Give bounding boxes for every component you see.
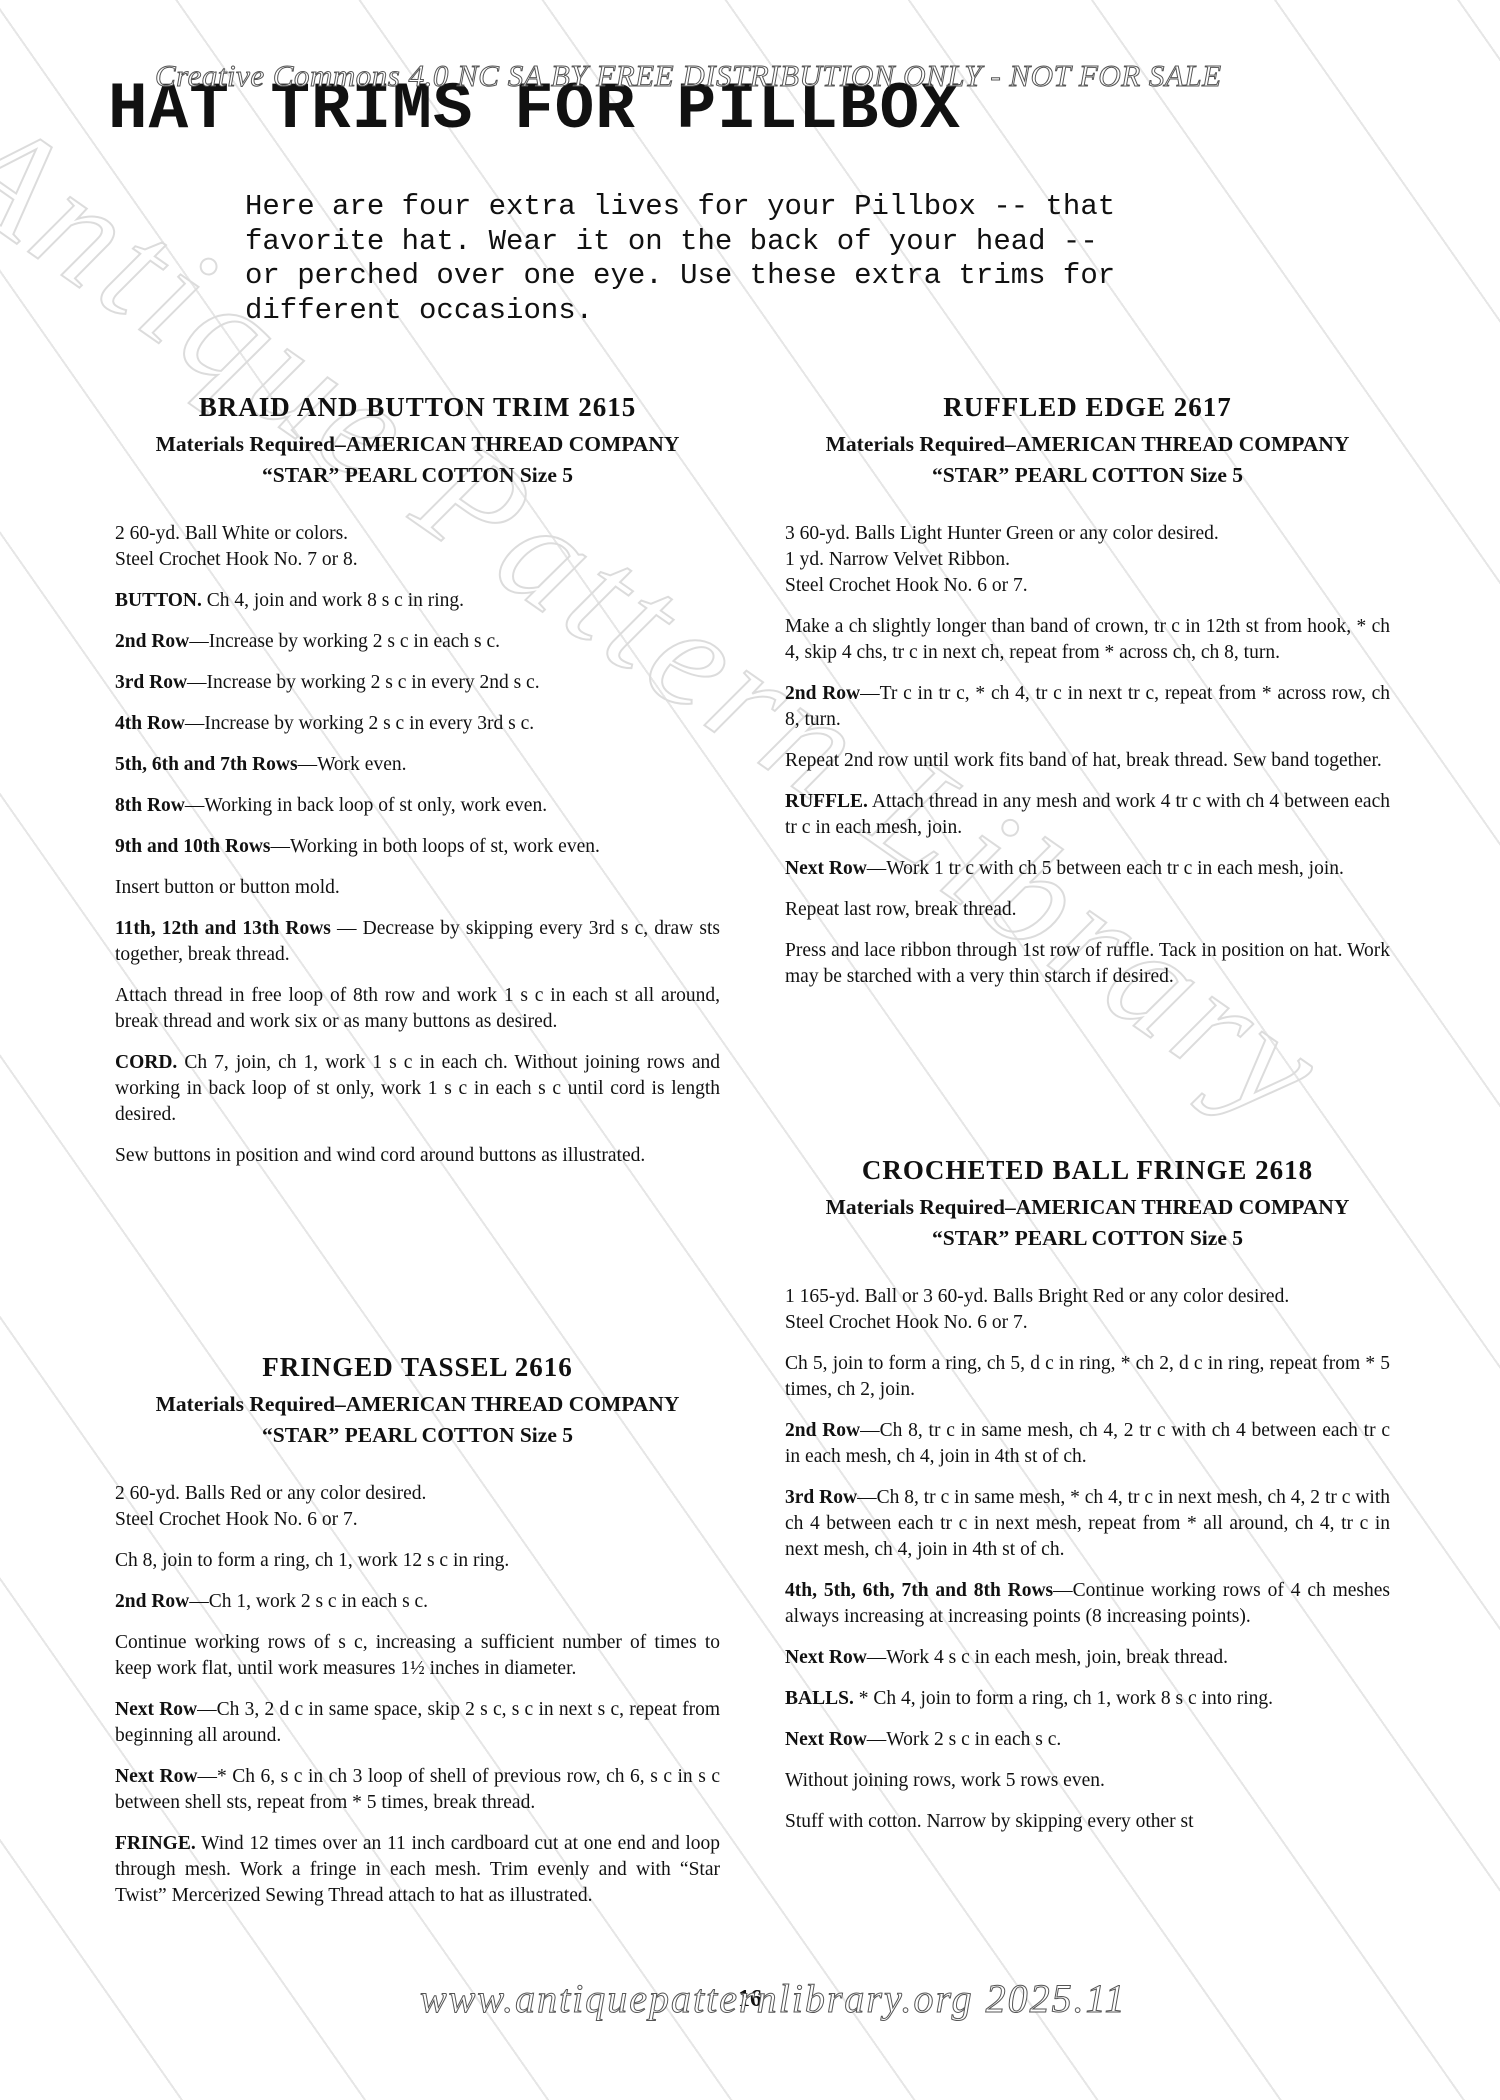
step-label: 3rd Row <box>115 672 187 693</box>
step-label: 5th, 6th and 7th Rows <box>115 754 298 775</box>
instructions: 2 60-yd. Ball White or colors.Steel Croc… <box>115 521 720 1169</box>
step-label: FRINGE. <box>115 1833 196 1854</box>
instruction-paragraph: 2 60-yd. Ball White or colors. <box>115 521 720 547</box>
instruction-paragraph: Steel Crochet Hook No. 6 or 7. <box>785 1310 1390 1336</box>
materials-required: Materials Required–AMERICAN THREAD COMPA… <box>115 429 720 491</box>
materials-required: Materials Required–AMERICAN THREAD COMPA… <box>785 1192 1390 1254</box>
section-title: BRAID AND BUTTON TRIM 2615 <box>115 392 720 423</box>
step-label: Next Row <box>785 1729 867 1750</box>
step-label: 2nd Row <box>115 631 189 652</box>
instruction-paragraph: 2nd Row—Tr c in tr c, * ch 4, tr c in ne… <box>785 681 1390 733</box>
instruction-paragraph: 4th, 5th, 6th, 7th and 8th Rows—Continue… <box>785 1578 1390 1630</box>
instruction-paragraph: Next Row—Work 2 s c in each s c. <box>785 1727 1390 1753</box>
instruction-paragraph: Next Row—* Ch 6, s c in ch 3 loop of she… <box>115 1764 720 1816</box>
instruction-paragraph: RUFFLE. Attach thread in any mesh and wo… <box>785 789 1390 841</box>
instructions: 2 60-yd. Balls Red or any color desired.… <box>115 1481 720 1909</box>
materials-line: “STAR” PEARL COTTON Size 5 <box>785 1223 1390 1254</box>
materials-line: “STAR” PEARL COTTON Size 5 <box>115 1420 720 1451</box>
instruction-paragraph: Steel Crochet Hook No. 6 or 7. <box>785 573 1390 599</box>
instruction-paragraph: 3rd Row—Increase by working 2 s c in eve… <box>115 670 720 696</box>
step-label: BUTTON. <box>115 590 202 611</box>
instruction-paragraph: 2nd Row—Increase by working 2 s c in eac… <box>115 629 720 655</box>
step-label: 4th, 5th, 6th, 7th and 8th Rows <box>785 1580 1053 1601</box>
section-crocheted-ball-fringe: CROCHETED BALL FRINGE 2618 Materials Req… <box>785 1155 1390 1850</box>
materials-line: Materials Required–AMERICAN THREAD COMPA… <box>115 429 720 460</box>
instruction-paragraph: Next Row—Work 1 tr c with ch 5 between e… <box>785 856 1390 882</box>
step-label: 11th, 12th and 13th Rows <box>115 918 331 939</box>
instruction-paragraph: 3rd Row—Ch 8, tr c in same mesh, * ch 4,… <box>785 1485 1390 1563</box>
instruction-paragraph: CORD. Ch 7, join, ch 1, work 1 s c in ea… <box>115 1050 720 1128</box>
instruction-paragraph: 9th and 10th Rows—Working in both loops … <box>115 834 720 860</box>
materials-required: Materials Required–AMERICAN THREAD COMPA… <box>115 1389 720 1451</box>
step-label: 4th Row <box>115 713 185 734</box>
website-watermark: www.antiquepatternlibrary.org 2025.11 <box>420 1975 1127 2022</box>
instruction-paragraph: Press and lace ribbon through 1st row of… <box>785 938 1390 990</box>
section-ruffled-edge: RUFFLED EDGE 2617 Materials Required–AME… <box>785 392 1390 1005</box>
instruction-paragraph: Without joining rows, work 5 rows even. <box>785 1768 1390 1794</box>
instruction-paragraph: Attach thread in free loop of 8th row an… <box>115 983 720 1035</box>
section-title: FRINGED TASSEL 2616 <box>115 1352 720 1383</box>
step-label: Next Row <box>785 1647 867 1668</box>
intro-text: Here are four extra lives for your Pillb… <box>245 190 1245 328</box>
section-fringed-tassel: FRINGED TASSEL 2616 Materials Required–A… <box>115 1352 720 1924</box>
instruction-paragraph: BUTTON. Ch 4, join and work 8 s c in rin… <box>115 588 720 614</box>
section-title: CROCHETED BALL FRINGE 2618 <box>785 1155 1390 1186</box>
instruction-paragraph: Continue working rows of s c, increasing… <box>115 1630 720 1682</box>
instruction-paragraph: 2nd Row—Ch 1, work 2 s c in each s c. <box>115 1589 720 1615</box>
instruction-paragraph: 1 yd. Narrow Velvet Ribbon. <box>785 547 1390 573</box>
materials-line: Materials Required–AMERICAN THREAD COMPA… <box>785 429 1390 460</box>
instruction-paragraph: 4th Row—Increase by working 2 s c in eve… <box>115 711 720 737</box>
instruction-paragraph: Steel Crochet Hook No. 6 or 7. <box>115 1507 720 1533</box>
step-label: CORD. <box>115 1052 177 1073</box>
step-label: Next Row <box>785 858 867 879</box>
step-label: 2nd Row <box>115 1591 189 1612</box>
materials-line: “STAR” PEARL COTTON Size 5 <box>115 460 720 491</box>
instruction-paragraph: 2 60-yd. Balls Red or any color desired. <box>115 1481 720 1507</box>
instruction-paragraph: 2nd Row—Ch 8, tr c in same mesh, ch 4, 2… <box>785 1418 1390 1470</box>
step-label: 2nd Row <box>785 683 860 704</box>
license-watermark: Creative Commons 4.0 NC SA BY FREE DISTR… <box>155 58 1222 94</box>
instruction-paragraph: Next Row—Ch 3, 2 d c in same space, skip… <box>115 1697 720 1749</box>
step-label: BALLS. <box>785 1688 854 1709</box>
step-label: 3rd Row <box>785 1487 857 1508</box>
instruction-paragraph: 3 60-yd. Balls Light Hunter Green or any… <box>785 521 1390 547</box>
instruction-paragraph: 5th, 6th and 7th Rows—Work even. <box>115 752 720 778</box>
materials-required: Materials Required–AMERICAN THREAD COMPA… <box>785 429 1390 491</box>
materials-line: Materials Required–AMERICAN THREAD COMPA… <box>785 1192 1390 1223</box>
step-label: Next Row <box>115 1766 197 1787</box>
instruction-paragraph: BALLS. * Ch 4, join to form a ring, ch 1… <box>785 1686 1390 1712</box>
materials-line: Materials Required–AMERICAN THREAD COMPA… <box>115 1389 720 1420</box>
instruction-paragraph: Repeat last row, break thread. <box>785 897 1390 923</box>
instruction-paragraph: Make a ch slightly longer than band of c… <box>785 614 1390 666</box>
instruction-paragraph: Ch 8, join to form a ring, ch 1, work 12… <box>115 1548 720 1574</box>
instruction-paragraph: 11th, 12th and 13th Rows — Decrease by s… <box>115 916 720 968</box>
step-label: RUFFLE. <box>785 791 868 812</box>
instruction-paragraph: 8th Row—Working in back loop of st only,… <box>115 793 720 819</box>
instruction-paragraph: Insert button or button mold. <box>115 875 720 901</box>
instruction-paragraph: Repeat 2nd row until work fits band of h… <box>785 748 1390 774</box>
instruction-paragraph: Next Row—Work 4 s c in each mesh, join, … <box>785 1645 1390 1671</box>
instruction-paragraph: Sew buttons in position and wind cord ar… <box>115 1143 720 1169</box>
step-label: Next Row <box>115 1699 197 1720</box>
instructions: 3 60-yd. Balls Light Hunter Green or any… <box>785 521 1390 990</box>
instruction-paragraph: Ch 5, join to form a ring, ch 5, d c in … <box>785 1351 1390 1403</box>
materials-line: “STAR” PEARL COTTON Size 5 <box>785 460 1390 491</box>
instruction-paragraph: FRINGE. Wind 12 times over an 11 inch ca… <box>115 1831 720 1909</box>
step-label: 2nd Row <box>785 1420 860 1441</box>
section-braid-button-trim: BRAID AND BUTTON TRIM 2615 Materials Req… <box>115 392 720 1184</box>
step-label: 8th Row <box>115 795 185 816</box>
instruction-paragraph: 1 165-yd. Ball or 3 60-yd. Balls Bright … <box>785 1284 1390 1310</box>
instructions: 1 165-yd. Ball or 3 60-yd. Balls Bright … <box>785 1284 1390 1835</box>
step-label: 9th and 10th Rows <box>115 836 271 857</box>
instruction-paragraph: Stuff with cotton. Narrow by skipping ev… <box>785 1809 1390 1835</box>
section-title: RUFFLED EDGE 2617 <box>785 392 1390 423</box>
instruction-paragraph: Steel Crochet Hook No. 7 or 8. <box>115 547 720 573</box>
